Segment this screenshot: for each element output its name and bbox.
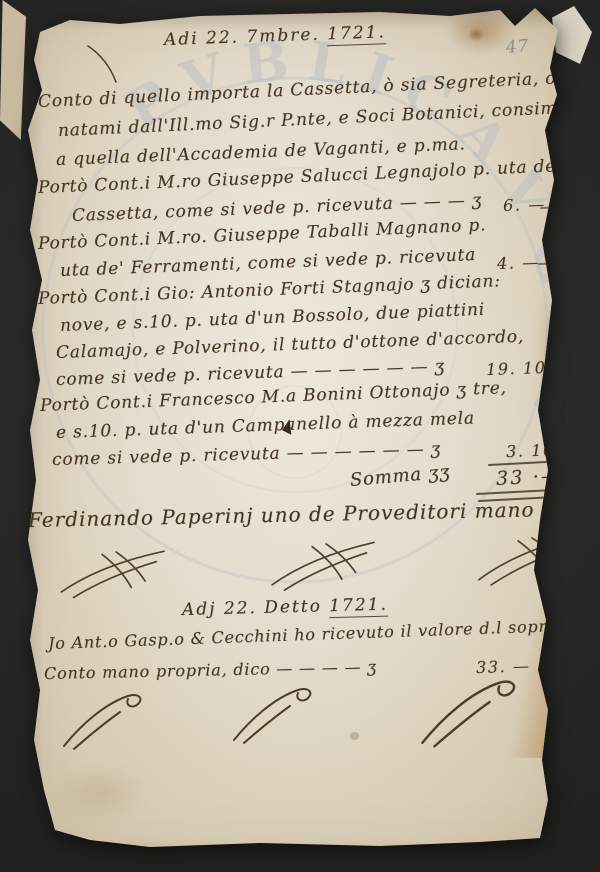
paper-wrapper: PVBLIC AVGEV 635./ 47 Adi 22. 7mbre. 172… <box>0 0 600 872</box>
total-rule-bottom-1 <box>476 487 592 495</box>
manuscript-page: PVBLIC AVGEV 635./ 47 Adi 22. 7mbre. 172… <box>0 0 600 872</box>
amount-leader-line <box>538 261 596 265</box>
entry-amount: 4. — ·— <box>497 251 571 273</box>
second-date: Adj 22. Detto 1721. <box>182 595 388 620</box>
amount-leader-line <box>562 366 596 369</box>
stain-top <box>445 8 515 54</box>
entry-line: come si vede p. ricevuta — — — — — — ʒ <box>52 439 442 470</box>
receipt-amount: 33. — ·— <box>476 655 562 677</box>
entry-amount: 3. 10. <box>506 440 562 461</box>
entry-line: e s.10. p. uta d'un Campanello à mezza m… <box>56 408 475 443</box>
receipt-line: Conto mano propria, dico — — — — ʒ <box>44 657 377 683</box>
archival-number: 635./ <box>2 7 53 38</box>
header-date: Adi 22. 7mbre. 1721. <box>164 22 387 50</box>
somma-total: 33 ·— <box>495 465 562 490</box>
folio-number-pencil: 47 <box>505 36 530 58</box>
header-date-year: 1721. <box>327 22 386 46</box>
signature-line: Ferdinando Paperinj uno de Proveditori m… <box>28 496 600 532</box>
second-date-prefix: Adj 22. Detto <box>182 596 330 620</box>
stain-top-dot <box>468 28 484 41</box>
somma-label: Somma ʒʒ <box>349 461 451 491</box>
scan-background: PVBLIC AVGEV 635./ 47 Adi 22. 7mbre. 172… <box>0 0 600 872</box>
entry-amount: 19. 10. — <box>486 357 578 379</box>
stain-bottom-left <box>55 765 150 820</box>
receipt-line: Jo Ant.o Gasp.o & Cecchini ho ricevuto i… <box>48 615 585 653</box>
amount-leader-line <box>560 663 598 666</box>
foxing-dot <box>350 732 359 740</box>
entry-amount: 6. — ·— <box>503 193 577 215</box>
second-date-year: 1721. <box>329 595 388 619</box>
stain-right-edge <box>536 290 562 420</box>
header-date-prefix: Adi 22. 7mbre. <box>164 24 328 50</box>
